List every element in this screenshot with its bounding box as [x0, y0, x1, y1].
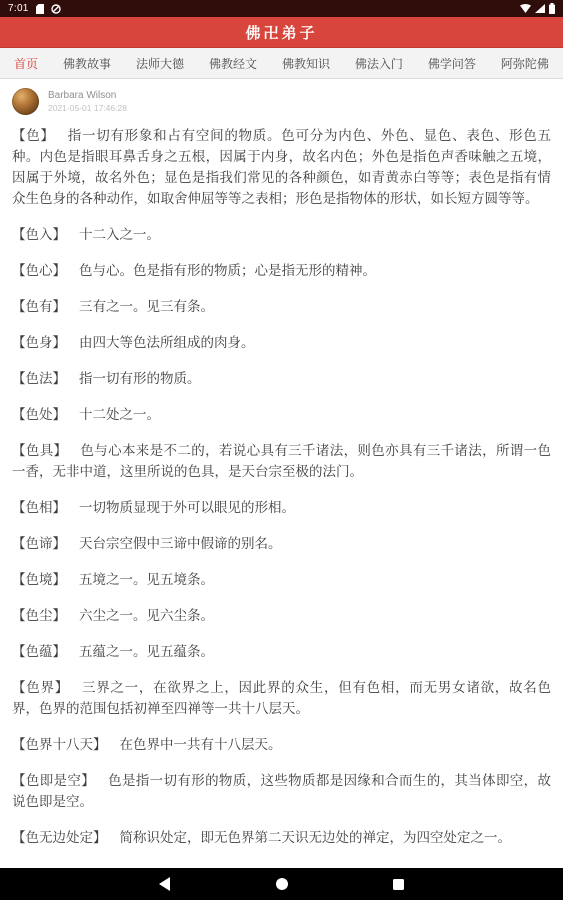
entry-definition: 十二入之一。 — [79, 227, 160, 242]
battery-icon — [549, 3, 555, 14]
nav-tab[interactable]: 法师大德 — [136, 55, 184, 72]
dictionary-entry: 【色无边处定】简称识处定，即无色界第二天识无边处的禅定，为四空处定之一。 — [12, 827, 551, 848]
recents-icon — [393, 879, 404, 890]
dictionary-entry: 【色身】由四大等色法所组成的肉身。 — [12, 332, 551, 353]
entry-term: 【色有】 — [12, 299, 66, 314]
nav-tab[interactable]: 阿弥陀佛 — [501, 55, 549, 72]
entry-term: 【色无边处定】 — [12, 830, 107, 845]
entry-definition: 三有之一。见三有条。 — [79, 299, 214, 314]
entry-term: 【色身】 — [12, 335, 66, 350]
status-bar-left: 7:01 — [8, 3, 61, 14]
entry-definition: 色与心。色是指有形的物质；心是指无形的精神。 — [79, 263, 376, 278]
entry-term: 【色界】 — [12, 680, 69, 695]
data-off-icon — [51, 4, 61, 14]
entry-term: 【色蕴】 — [12, 644, 66, 659]
app-title: 佛卍弟子 — [245, 22, 317, 43]
entry-term: 【色法】 — [12, 371, 66, 386]
signal-icon — [535, 4, 545, 13]
dictionary-entry: 【色界】三界之一，在欲界之上，因此界的众生，但有色相，而无男女诸欲，故名色界，色… — [12, 677, 551, 719]
dictionary-entry: 【色入】十二入之一。 — [12, 224, 551, 245]
dictionary-entry: 【色蕴】五蕴之一。见五蕴条。 — [12, 641, 551, 662]
entry-term: 【色具】 — [12, 443, 67, 458]
dictionary-entry: 【色境】五境之一。见五境条。 — [12, 569, 551, 590]
entry-term: 【色尘】 — [12, 608, 66, 623]
post-timestamp: 2021-05-01 17:46:28 — [48, 103, 127, 113]
entry-definition: 指一切有形象和占有空间的物质。色可分为内色、外色、显色、表色、形色五种。内色是指… — [12, 128, 551, 206]
home-icon — [276, 878, 288, 890]
avatar[interactable] — [12, 88, 39, 115]
clock: 7:01 — [8, 3, 29, 14]
entry-term: 【色境】 — [12, 572, 66, 587]
system-nav-bar — [0, 868, 563, 900]
entry-term: 【色处】 — [12, 407, 66, 422]
dictionary-entry: 【色处】十二处之一。 — [12, 404, 551, 425]
nav-tab[interactable]: 佛教知识 — [282, 55, 330, 72]
entry-definition: 指一切有形的物质。 — [79, 371, 201, 386]
entry-definition: 在色界中一共有十八层天。 — [120, 737, 282, 752]
sim-icon — [36, 4, 44, 14]
nav-tab[interactable]: 佛法入门 — [355, 55, 403, 72]
back-icon — [159, 877, 170, 891]
status-bar: 7:01 — [0, 0, 563, 17]
nav-tab[interactable]: 佛学问答 — [428, 55, 476, 72]
entry-definition: 天台宗空假中三谛中假谛的别名。 — [79, 536, 282, 551]
entry-term: 【色即是空】 — [12, 773, 95, 788]
author-meta: Barbara Wilson 2021-05-01 17:46:28 — [48, 90, 127, 113]
dictionary-entry: 【色具】色与心本来是不二的，若说心具有三千诸法，则色亦具有三千诸法，所谓一色一香… — [12, 440, 551, 482]
dictionary-entry: 【色相】一切物质显现于外可以眼见的形相。 — [12, 497, 551, 518]
dictionary-entry: 【色有】三有之一。见三有条。 — [12, 296, 551, 317]
dictionary-entry: 【色法】指一切有形的物质。 — [12, 368, 551, 389]
dictionary-entry: 【色谛】天台宗空假中三谛中假谛的别名。 — [12, 533, 551, 554]
entry-definition: 色与心本来是不二的，若说心具有三千诸法，则色亦具有三千诸法，所谓一色一香，无非中… — [12, 443, 551, 479]
entry-definition: 由四大等色法所组成的肉身。 — [79, 335, 255, 350]
dictionary-entry: 【色】指一切有形象和占有空间的物质。色可分为内色、外色、显色、表色、形色五种。内… — [12, 125, 551, 209]
entry-term: 【色入】 — [12, 227, 66, 242]
entry-definition: 六尘之一。见六尘条。 — [79, 608, 214, 623]
app-bar: 佛卍弟子 — [0, 17, 563, 48]
home-button[interactable] — [262, 868, 302, 900]
dictionary-entry: 【色即是空】色是指一切有形的物质，这些物质都是因缘和合而生的，其当体即空，故说色… — [12, 770, 551, 812]
dictionary-entry: 【色界十八天】在色界中一共有十八层天。 — [12, 734, 551, 755]
entry-term: 【色心】 — [12, 263, 66, 278]
definition-list: 【色】指一切有形象和占有空间的物质。色可分为内色、外色、显色、表色、形色五种。内… — [12, 125, 551, 848]
nav-tab[interactable]: 佛教经文 — [209, 55, 257, 72]
entry-definition: 十二处之一。 — [79, 407, 160, 422]
article-content[interactable]: Barbara Wilson 2021-05-01 17:46:28 【色】指一… — [0, 79, 563, 868]
entry-term: 【色相】 — [12, 500, 66, 515]
nav-tab[interactable]: 佛教故事 — [63, 55, 111, 72]
entry-term: 【色】 — [12, 128, 55, 143]
author-row: Barbara Wilson 2021-05-01 17:46:28 — [12, 88, 551, 115]
nav-tab[interactable]: 首页 — [14, 55, 38, 72]
dictionary-entry: 【色心】色与心。色是指有形的物质；心是指无形的精神。 — [12, 260, 551, 281]
recents-button[interactable] — [379, 868, 419, 900]
status-bar-right — [520, 3, 555, 14]
tab-bar: 首页 佛教故事 法师大德 佛教经文 佛教知识 佛法入门 佛学问答 阿弥陀佛 — [0, 48, 563, 79]
entry-term: 【色界十八天】 — [12, 737, 107, 752]
back-button[interactable] — [145, 868, 185, 900]
entry-definition: 五蕴之一。见五蕴条。 — [79, 644, 214, 659]
entry-definition: 简称识处定，即无色界第二天识无边处的禅定，为四空处定之一。 — [120, 830, 512, 845]
android-screen: { "status_bar": { "time": "7:01", "left_… — [0, 0, 563, 900]
entry-term: 【色谛】 — [12, 536, 66, 551]
author-name: Barbara Wilson — [48, 90, 127, 101]
entry-definition: 一切物质显现于外可以眼见的形相。 — [79, 500, 295, 515]
wifi-icon — [520, 4, 531, 13]
entry-definition: 三界之一，在欲界之上，因此界的众生，但有色相，而无男女诸欲，故名色界，色界的范围… — [12, 680, 551, 716]
dictionary-entry: 【色尘】六尘之一。见六尘条。 — [12, 605, 551, 626]
entry-definition: 五境之一。见五境条。 — [79, 572, 214, 587]
